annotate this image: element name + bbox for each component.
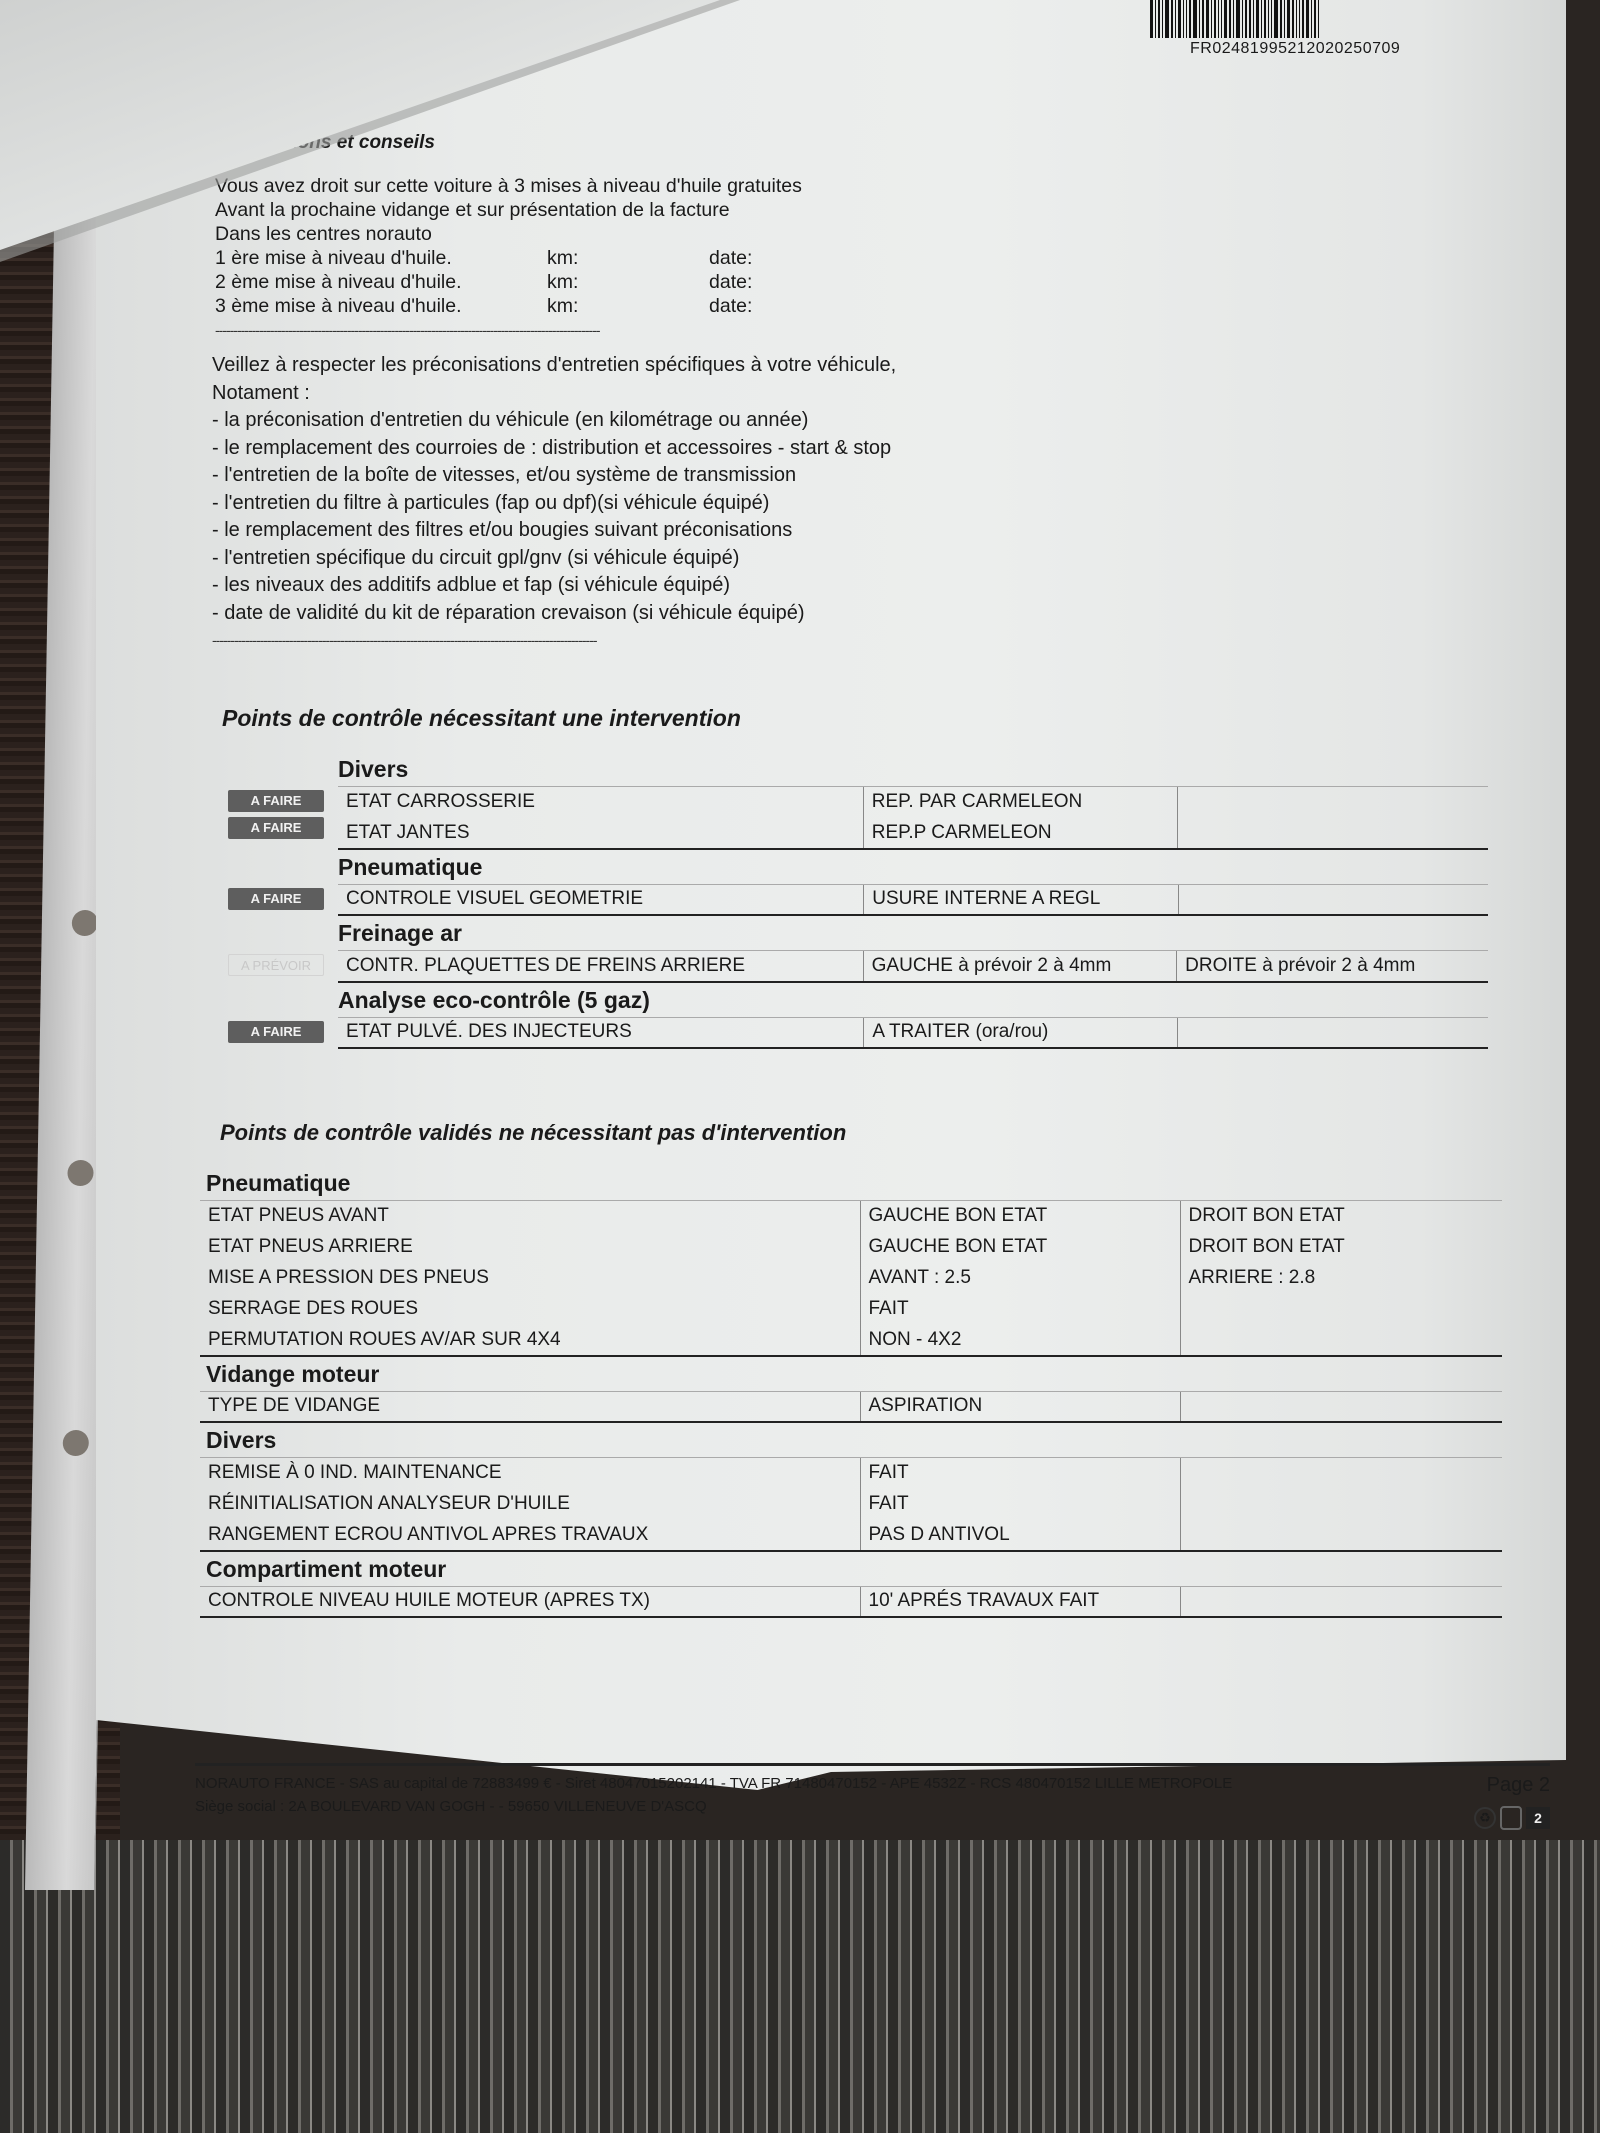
table-row: SERRAGE DES ROUESFAIT	[200, 1294, 1502, 1325]
barcode-bar	[1221, 0, 1222, 38]
control-value-left: NON - 4X2	[860, 1325, 1180, 1356]
control-value-right	[1178, 818, 1489, 849]
box-icon: 2	[1526, 1807, 1550, 1829]
barcode-bar	[1274, 0, 1278, 38]
status-badge: A FAIRE	[228, 817, 324, 839]
control-item: PERMUTATION ROUES AV/AR SUR 4X4	[200, 1325, 860, 1356]
advice-intro: Veillez à respecter les préconisations d…	[212, 352, 896, 380]
control-value-right	[1178, 787, 1489, 818]
validated-title: Points de contrôle validés ne nécessitan…	[220, 1120, 846, 1146]
table-row: MISE A PRESSION DES PNEUSAVANT : 2.5ARRI…	[200, 1263, 1502, 1294]
barcode-bar	[1271, 0, 1272, 38]
group-title: Pneumatique	[200, 1166, 1530, 1200]
bin-icon	[1500, 1806, 1522, 1830]
validated-table: CONTROLE NIVEAU HUILE MOTEUR (APRES TX)1…	[200, 1586, 1502, 1619]
control-value-left: GAUCHE à prévoir 2 à 4mm	[863, 951, 1177, 982]
control-value-right: ARRIERE : 2.8	[1180, 1263, 1502, 1294]
control-item: ETAT PNEUS ARRIERE	[200, 1232, 860, 1263]
control-value-left: GAUCHE BON ETAT	[860, 1201, 1180, 1232]
oil-top-up-label: 3 ème mise à niveau d'huile.	[215, 294, 547, 318]
control-value-left: AVANT : 2.5	[860, 1263, 1180, 1294]
separator: ----------------------------------------…	[215, 318, 825, 342]
control-value-right	[1180, 1520, 1502, 1551]
control-value-right	[1180, 1458, 1502, 1489]
observation-line: Dans les centres norauto	[215, 222, 825, 246]
oil-top-up-label: 2 ème mise à niveau d'huile.	[215, 270, 547, 294]
control-value-left: REP.P CARMELEON	[863, 818, 1177, 849]
control-value-left: A TRAITER (ora/rou)	[864, 1017, 1178, 1048]
separator: ----------------------------------------…	[212, 627, 822, 655]
control-value-right	[1180, 1489, 1502, 1520]
barcode-bar	[1224, 0, 1227, 38]
recycle-icon: ♻	[1474, 1807, 1496, 1829]
control-value-left: ASPIRATION	[860, 1391, 1180, 1422]
table-row: CONTR. PLAQUETTES DE FREINS ARRIEREGAUCH…	[338, 951, 1488, 982]
barcode-bar	[1233, 0, 1234, 38]
status-badge-column: A PRÉVOIR	[228, 950, 324, 981]
barcode-bar	[1202, 0, 1204, 38]
barcode-bar	[1158, 0, 1160, 38]
control-item: MISE A PRESSION DES PNEUS	[200, 1263, 860, 1294]
table-row: PERMUTATION ROUES AV/AR SUR 4X4NON - 4X2	[200, 1325, 1502, 1356]
control-value-right: DROITE à prévoir 2 à 4mm	[1177, 951, 1488, 982]
maintenance-advice: Veillez à respecter les préconisations d…	[212, 352, 896, 655]
barcode-bar	[1178, 0, 1181, 38]
control-item: ETAT JANTES	[338, 818, 863, 849]
intervention-section: DiversA FAIREA FAIREETAT CARROSSERIEREP.…	[228, 752, 1488, 1049]
control-value-right	[1180, 1391, 1502, 1422]
validated-table: ETAT PNEUS AVANTGAUCHE BON ETATDROIT BON…	[200, 1200, 1502, 1357]
barcode-bar	[1287, 0, 1290, 38]
barcode-bar	[1245, 0, 1247, 38]
validated-section: PneumatiqueETAT PNEUS AVANTGAUCHE BON ET…	[200, 1166, 1530, 1618]
control-value-right	[1180, 1325, 1502, 1356]
km-field-label: km:	[547, 246, 709, 270]
control-value-right	[1180, 1586, 1502, 1617]
advice-item: - la préconisation d'entretien du véhicu…	[212, 407, 896, 435]
status-badge-column: A FAIRE	[228, 884, 324, 915]
intervention-title: Points de contrôle nécessitant une inter…	[222, 705, 741, 732]
barcode-bar	[1206, 0, 1209, 38]
control-value-right	[1178, 1017, 1488, 1048]
barcode: FR02481995212020250709	[1150, 0, 1450, 58]
table-row: RÉINITIALISATION ANALYSEUR D'HUILEFAIT	[200, 1489, 1502, 1520]
advice-intro-2: Notament :	[212, 380, 896, 408]
barcode-bar	[1292, 0, 1294, 38]
barcode-bar	[1229, 0, 1231, 38]
control-item: CONTROLE NIVEAU HUILE MOTEUR (APRES TX)	[200, 1586, 860, 1617]
barcode-bar	[1171, 0, 1173, 38]
barcode-bar	[1236, 0, 1240, 38]
barcode-bar	[1211, 0, 1212, 38]
group-title: Divers	[338, 752, 1488, 786]
control-value-right: DROIT BON ETAT	[1180, 1201, 1502, 1232]
table-row: ETAT PNEUS ARRIEREGAUCHE BON ETATDROIT B…	[200, 1232, 1502, 1263]
status-badge: A FAIRE	[228, 790, 324, 812]
barcode-bar	[1162, 0, 1163, 38]
table-row: RANGEMENT ECROU ANTIVOL APRES TRAVAUXPAS…	[200, 1520, 1502, 1551]
advice-item: - l'entretien spécifique du circuit gpl/…	[212, 545, 896, 573]
control-value-right	[1180, 1294, 1502, 1325]
control-group: Compartiment moteurCONTROLE NIVEAU HUILE…	[200, 1552, 1530, 1619]
control-item: REMISE À 0 IND. MAINTENANCE	[200, 1458, 860, 1489]
barcode-bar	[1299, 0, 1300, 38]
control-item: ETAT CARROSSERIE	[338, 787, 863, 818]
oil-top-up-row: 3 ème mise à niveau d'huile.km:date:	[215, 294, 825, 318]
barcode-bar	[1268, 0, 1269, 38]
barcode-bar	[1165, 0, 1169, 38]
barcode-bar	[1249, 0, 1251, 38]
punch-hole	[67, 1160, 93, 1186]
date-field-label: date:	[709, 246, 752, 270]
barcode-bar	[1264, 0, 1266, 38]
footer: NORAUTO FRANCE - SAS au capital de 72883…	[195, 1763, 1550, 1818]
control-value-left: FAIT	[860, 1489, 1180, 1520]
table-row: ETAT CARROSSERIEREP. PAR CARMELEON	[338, 787, 1488, 818]
barcode-bar	[1186, 0, 1187, 38]
control-value-right	[1178, 884, 1488, 915]
table-row: TYPE DE VIDANGEASPIRATION	[200, 1391, 1502, 1422]
oil-top-up-row: 1 ère mise à niveau d'huile.km:date:	[215, 246, 825, 270]
barcode-bar	[1296, 0, 1297, 38]
control-group: Vidange moteurTYPE DE VIDANGEASPIRATION	[200, 1357, 1530, 1424]
advice-item: - le remplacement des courroies de : dis…	[212, 435, 896, 463]
control-group: DiversA FAIREA FAIREETAT CARROSSERIEREP.…	[338, 752, 1488, 850]
barcode-bar	[1253, 0, 1254, 38]
barcode-bars	[1150, 0, 1450, 38]
barcode-bar	[1256, 0, 1259, 38]
intervention-table: ETAT PULVÉ. DES INJECTEURSA TRAITER (ora…	[338, 1017, 1488, 1050]
control-value-right: DROIT BON ETAT	[1180, 1232, 1502, 1263]
oil-top-up-row: 2 ème mise à niveau d'huile.km:date:	[215, 270, 825, 294]
control-value-left: 10' APRÉS TRAVAUX FAIT	[860, 1586, 1180, 1617]
advice-item: - l'entretien de la boîte de vitesses, e…	[212, 462, 896, 490]
advice-item: - les niveaux des additifs adblue et fap…	[212, 572, 896, 600]
barcode-bar	[1314, 0, 1316, 38]
status-badge-column: A FAIREA FAIRE	[228, 786, 324, 844]
table-row: CONTROLE VISUEL GEOMETRIEUSURE INTERNE A…	[338, 884, 1488, 915]
control-group: Freinage arA PRÉVOIRCONTR. PLAQUETTES DE…	[338, 916, 1488, 983]
intervention-table: CONTROLE VISUEL GEOMETRIEUSURE INTERNE A…	[338, 884, 1488, 917]
control-value-left: FAIT	[860, 1458, 1180, 1489]
group-title: Freinage ar	[338, 916, 1488, 950]
barcode-bar	[1218, 0, 1219, 38]
control-group: PneumatiqueA FAIRECONTROLE VISUEL GEOMET…	[338, 850, 1488, 917]
oil-top-up-label: 1 ère mise à niveau d'huile.	[215, 246, 547, 270]
barcode-bar	[1193, 0, 1197, 38]
barcode-bar	[1311, 0, 1312, 38]
barcode-bar	[1318, 0, 1319, 38]
control-item: TYPE DE VIDANGE	[200, 1391, 860, 1422]
status-badge: A FAIRE	[228, 1021, 324, 1043]
barcode-bar	[1214, 0, 1216, 38]
observations-block: Vous avez droit sur cette voiture à 3 mi…	[215, 174, 825, 342]
group-title: Pneumatique	[338, 850, 1488, 884]
control-group: Analyse eco-contrôle (5 gaz)A FAIREETAT …	[338, 983, 1488, 1050]
intervention-table: CONTR. PLAQUETTES DE FREINS ARRIEREGAUCH…	[338, 950, 1488, 983]
group-title: Compartiment moteur	[200, 1552, 1530, 1586]
control-item: RANGEMENT ECROU ANTIVOL APRES TRAVAUX	[200, 1520, 860, 1551]
control-value-left: USURE INTERNE A REGL	[864, 884, 1178, 915]
control-value-left: REP. PAR CARMELEON	[863, 787, 1177, 818]
date-field-label: date:	[709, 270, 752, 294]
footer-icons: ♻ 2	[1474, 1806, 1550, 1830]
table-row: CONTROLE NIVEAU HUILE MOTEUR (APRES TX)1…	[200, 1586, 1502, 1617]
punch-hole	[63, 1430, 89, 1456]
barcode-bar	[1242, 0, 1243, 38]
control-value-left: FAIT	[860, 1294, 1180, 1325]
status-badge: A FAIRE	[228, 888, 324, 910]
oil-top-up-list: 1 ère mise à niveau d'huile.km:date:2 èm…	[215, 246, 825, 318]
control-item: ETAT PULVÉ. DES INJECTEURS	[338, 1017, 864, 1048]
barcode-bar	[1175, 0, 1176, 38]
status-badge: A PRÉVOIR	[228, 954, 324, 976]
page-number: Page 2	[1487, 1774, 1550, 1797]
validated-table: TYPE DE VIDANGEASPIRATION	[200, 1391, 1502, 1424]
head-office-address: Siège social : 2A BOULEVARD VAN GOGH - -…	[195, 1795, 1550, 1818]
intervention-table: ETAT CARROSSERIEREP. PAR CARMELEONETAT J…	[338, 786, 1488, 850]
table-row: ETAT PULVÉ. DES INJECTEURSA TRAITER (ora…	[338, 1017, 1488, 1048]
advice-item: - date de validité du kit de réparation …	[212, 600, 896, 628]
advice-item: - l'entretien du filtre à particules (fa…	[212, 490, 896, 518]
punch-hole	[72, 910, 98, 936]
advice-list: - la préconisation d'entretien du véhicu…	[212, 407, 896, 627]
date-field-label: date:	[709, 294, 752, 318]
validated-table: REMISE À 0 IND. MAINTENANCEFAITRÉINITIAL…	[200, 1457, 1502, 1552]
control-value-left: PAS D ANTIVOL	[860, 1520, 1180, 1551]
group-title: Analyse eco-contrôle (5 gaz)	[338, 983, 1488, 1017]
barcode-bar	[1155, 0, 1156, 38]
barcode-bar	[1150, 0, 1153, 38]
barcode-bar	[1199, 0, 1200, 38]
control-item: SERRAGE DES ROUES	[200, 1294, 860, 1325]
background-fabric	[0, 1840, 1600, 2133]
control-group: DiversREMISE À 0 IND. MAINTENANCEFAITRÉI…	[200, 1423, 1530, 1552]
table-row: ETAT PNEUS AVANTGAUCHE BON ETATDROIT BON…	[200, 1201, 1502, 1232]
control-item: ETAT PNEUS AVANT	[200, 1201, 860, 1232]
km-field-label: km:	[547, 294, 709, 318]
km-field-label: km:	[547, 270, 709, 294]
barcode-bar	[1189, 0, 1191, 38]
barcode-bar	[1306, 0, 1309, 38]
barcode-number: FR02481995212020250709	[1190, 40, 1450, 58]
table-row: ETAT JANTESREP.P CARMELEON	[338, 818, 1488, 849]
table-row: REMISE À 0 IND. MAINTENANCEFAIT	[200, 1458, 1502, 1489]
barcode-bar	[1261, 0, 1262, 38]
group-title: Vidange moteur	[200, 1357, 1530, 1391]
control-group: PneumatiqueETAT PNEUS AVANTGAUCHE BON ET…	[200, 1166, 1530, 1357]
company-legal-info: NORAUTO FRANCE - SAS au capital de 72883…	[195, 1772, 1550, 1795]
barcode-bar	[1284, 0, 1285, 38]
barcode-bar	[1302, 0, 1304, 38]
observation-line: Avant la prochaine vidange et sur présen…	[215, 198, 825, 222]
control-item: CONTR. PLAQUETTES DE FREINS ARRIERE	[338, 951, 863, 982]
control-item: CONTROLE VISUEL GEOMETRIE	[338, 884, 864, 915]
control-value-left: GAUCHE BON ETAT	[860, 1232, 1180, 1263]
advice-item: - le remplacement des filtres et/ou boug…	[212, 517, 896, 545]
observation-line: Vous avez droit sur cette voiture à 3 mi…	[215, 174, 825, 198]
status-badge-column: A FAIRE	[228, 1017, 324, 1048]
group-title: Divers	[200, 1423, 1530, 1457]
barcode-bar	[1183, 0, 1184, 38]
control-item: RÉINITIALISATION ANALYSEUR D'HUILE	[200, 1489, 860, 1520]
barcode-bar	[1280, 0, 1282, 38]
